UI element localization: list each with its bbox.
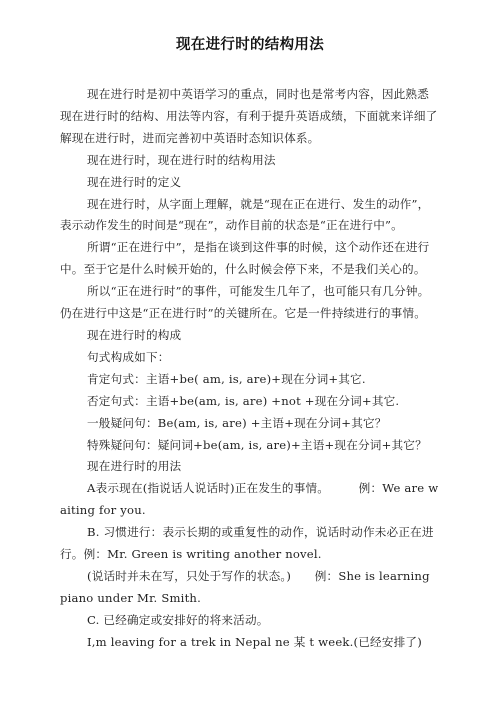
document-body: 现在进行时是初中英语学习的重点，同时也是常考内容，因此熟悉现在进行时的结构、用法… (60, 84, 440, 654)
intro-paragraph: 现在进行时是初中英语学习的重点，同时也是常考内容，因此熟悉现在进行时的结构、用法… (60, 84, 440, 150)
section-heading-definition: 现在进行时的定义 (60, 172, 440, 194)
document-title: 现在进行时的结构用法 (0, 33, 500, 54)
negative-form: 否定句式：主语+be(am, is, are) +not +现在分词+其它. (60, 391, 440, 413)
yes-no-question-form: 一般疑问句：Be(am, is, are) +主语+现在分词+其它？ (60, 413, 440, 435)
usage-b-note: (说话时并未在写，只处于写作的状态。) 例：She is learning pi… (60, 566, 440, 610)
section-heading-structure: 现在进行时的构成 (60, 325, 440, 347)
wh-question-form: 特殊疑问句：疑问词+be(am, is, are)+主语+现在分词+其它？ (60, 435, 440, 457)
usage-c: C. 已经确定或安排好的将来活动。 (60, 610, 440, 632)
usage-a: A表示现在(指说话人说话时)正在发生的事情。 例：We are waiting … (60, 478, 440, 522)
definition-paragraph: 现在进行时，从字面上理解，就是“现在正在进行、发生的动作”，表示动作发生的时间是… (60, 194, 440, 238)
usage-c-example: I,m leaving for a trek in Nepal ne 某 t w… (60, 632, 440, 654)
affirmative-form: 肯定句式：主语+be( am, is, are)+现在分词+其它. (60, 369, 440, 391)
usage-b: B. 习惯进行：表示长期的或重复性的动作，说话时动作未必正在进行。例：Mr. G… (60, 522, 440, 566)
document-page: 现在进行时的结构用法 现在进行时是初中英语学习的重点，同时也是常考内容，因此熟悉… (0, 0, 500, 707)
duration-paragraph: 所以“正在进行时”的事件，可能发生几年了，也可能只有几分钟。仍在进行中这是“正在… (60, 281, 440, 325)
section-heading-usage: 现在进行时的用法 (60, 456, 440, 478)
subtitle-line: 现在进行时，现在进行时的结构用法 (60, 150, 440, 172)
structure-intro: 句式构成如下： (60, 347, 440, 369)
in-progress-paragraph: 所谓“正在进行中”，是指在谈到这件事的时候，这个动作还在进行中。至于它是什么时候… (60, 237, 440, 281)
